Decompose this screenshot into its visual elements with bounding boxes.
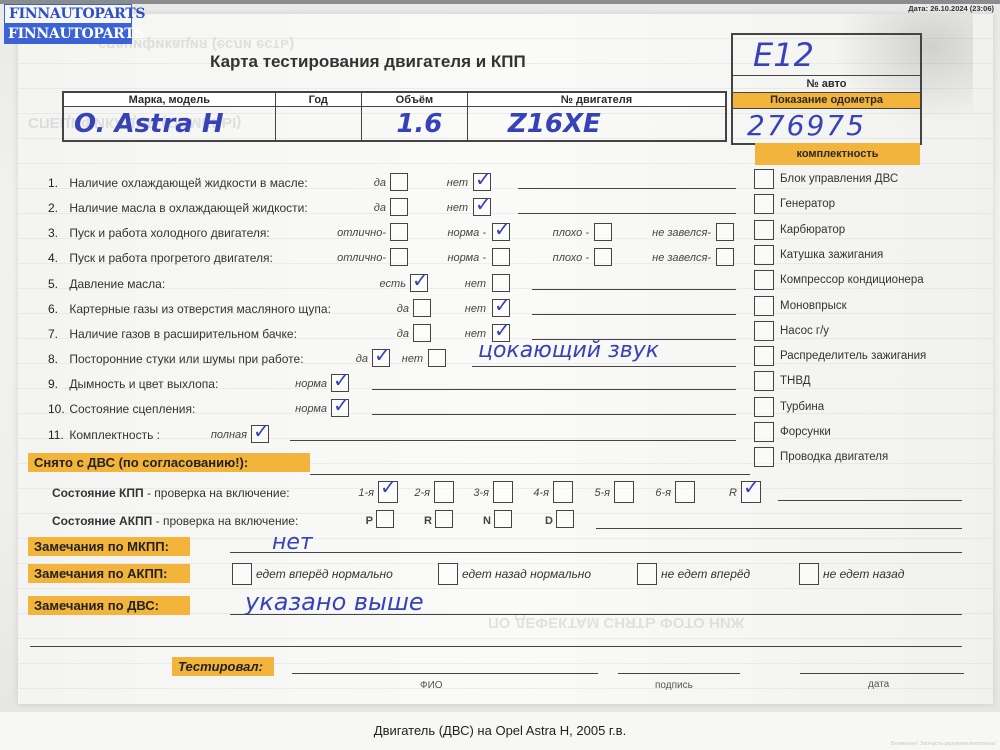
- option-label: нет: [402, 353, 423, 365]
- make-model-value: O. Astra H: [63, 107, 275, 142]
- answer-line: [372, 389, 736, 390]
- answer-line: [532, 289, 736, 290]
- completeness-label: Генератор: [780, 198, 835, 210]
- option-label: не завелся-: [652, 227, 711, 239]
- auto-number-box: E12 № авто Показание одометра 276975: [731, 33, 922, 145]
- question-6: 6. Картерные газы из отверстия масляного…: [48, 302, 331, 316]
- answer-line: [518, 188, 736, 189]
- gear-checkbox-5[interactable]: [614, 481, 634, 503]
- question-7: 7. Наличие газов в расширительном бачке:: [48, 327, 297, 341]
- position-checkbox-R[interactable]: [435, 510, 453, 528]
- checkbox-q9-1[interactable]: ✓: [331, 374, 349, 392]
- question-text: Дымность и цвет выхлопа:: [66, 377, 218, 391]
- gear-checkbox-3[interactable]: [493, 481, 513, 503]
- option-label: полная: [211, 429, 247, 441]
- completeness-item: Генератор: [754, 194, 835, 214]
- signature-line: [618, 673, 740, 674]
- checkbox-q4-4[interactable]: [716, 248, 734, 266]
- remarks-engine-label: Замечания по ДВС:: [28, 596, 190, 615]
- date-stamp: Дата: 26.10.2024 (23:06): [908, 4, 994, 13]
- auto-number-label: № авто: [733, 76, 920, 93]
- fio-caption: ФИО: [420, 680, 443, 691]
- question-1: 1. Наличие охлаждающей жидкости в масле:: [48, 176, 308, 190]
- date-line: [800, 673, 964, 674]
- option-label: нет: [465, 278, 486, 290]
- answer-line: [518, 213, 736, 214]
- option-label: норма -: [447, 252, 486, 264]
- checkbox-q6-2[interactable]: ✓: [492, 299, 510, 317]
- checkbox-q4-1[interactable]: [390, 248, 408, 266]
- question-number: 1.: [48, 176, 66, 190]
- checkbox-q4-3[interactable]: [594, 248, 612, 266]
- completeness-checkbox[interactable]: [754, 220, 774, 240]
- completeness-checkbox[interactable]: [754, 270, 774, 290]
- completeness-label: Распределитель зажигания: [780, 350, 926, 362]
- option-label: плохо -: [553, 252, 589, 264]
- akpp-option-label: не едет назад: [823, 567, 904, 581]
- disassembled-warning: Внимание! Запчасть разукомплектована!: [891, 741, 996, 747]
- gear-checkbox-2[interactable]: [434, 481, 454, 503]
- auto-line: [596, 528, 962, 529]
- completeness-item: Форсунки: [754, 422, 831, 442]
- question-number: 8.: [48, 352, 66, 366]
- completeness-item: Компрессор кондиционера: [754, 270, 924, 290]
- question-text: Наличие охлаждающей жидкости в масле:: [66, 176, 308, 190]
- question-8: 8. Посторонние стуки или шумы при работе…: [48, 352, 304, 366]
- question-2: 2. Наличие масла в охлаждающей жидкости:: [48, 201, 308, 215]
- position-checkbox-P[interactable]: [376, 510, 394, 528]
- form-title: Карта тестирования двигателя и КПП: [210, 52, 526, 72]
- completeness-item: Насос г/у: [754, 321, 829, 341]
- gear-label: 2-я: [414, 487, 430, 499]
- completeness-checkbox[interactable]: [754, 422, 774, 442]
- question-number: 10.: [48, 402, 66, 416]
- gear-checkbox-4[interactable]: [553, 481, 573, 503]
- completeness-header: комплектность: [755, 143, 920, 165]
- question-text: Состояние сцепления:: [66, 402, 195, 416]
- remarks-engine-line: [230, 614, 962, 615]
- option-label: да: [397, 328, 409, 340]
- answer-line: [532, 314, 736, 315]
- question-text: Посторонние стуки или шумы при работе:: [66, 352, 304, 366]
- completeness-checkbox[interactable]: [754, 245, 774, 265]
- auto-gearbox-label: Состояние АКПП - проверка на включение:: [52, 514, 298, 528]
- manual-gearbox-rest: - проверка на включение:: [144, 486, 290, 500]
- check-mark-icon: ✓: [380, 477, 397, 497]
- question-text: Комплектность :: [66, 428, 160, 442]
- position-label: D: [545, 515, 553, 527]
- gear-label: 1-я: [358, 487, 374, 499]
- question-4: 4. Пуск и работа прогретого двигателя:: [48, 251, 273, 265]
- checkbox-q3-1[interactable]: [390, 223, 408, 241]
- option-label: норма: [295, 403, 327, 415]
- checkbox-q5-2[interactable]: [492, 274, 510, 292]
- gear-label: 4-я: [533, 487, 549, 499]
- odometer-label: Показание одометра: [733, 93, 920, 109]
- checkbox-q3-4[interactable]: [716, 223, 734, 241]
- question-number: 6.: [48, 302, 66, 316]
- checkbox-q8-2[interactable]: [428, 349, 446, 367]
- completeness-label: Моновпрыск: [780, 300, 847, 312]
- check-mark-icon: ✓: [333, 395, 350, 415]
- vehicle-header-table: Марка, модель Год Объём № двигателя O. A…: [62, 91, 727, 142]
- checkbox-q2-2[interactable]: ✓: [473, 198, 491, 216]
- position-label: R: [424, 515, 432, 527]
- fio-line: [292, 673, 598, 674]
- gear-label: 6-я: [655, 487, 671, 499]
- position-label: N: [483, 515, 491, 527]
- product-photo: спецификация (если есть) СПЕЦИФИКАЦИЯ (О…: [0, 0, 1000, 712]
- position-label: P: [366, 515, 373, 527]
- option-label: нет: [447, 177, 468, 189]
- product-title: Двигатель (ДВС) на Opel Astra H, 2005 г.…: [0, 723, 1000, 738]
- completeness-item: ТНВД: [754, 371, 811, 391]
- check-mark-icon: ✓: [374, 345, 391, 365]
- gear-label: 3-я: [473, 487, 489, 499]
- gear-checkbox-6[interactable]: [675, 481, 695, 503]
- checkbox-q11-1[interactable]: ✓: [251, 425, 269, 443]
- option-label: не завелся-: [652, 252, 711, 264]
- question-text: Давление масла:: [66, 277, 165, 291]
- auto-gearbox-rest: - проверка на включение:: [152, 514, 298, 528]
- option-label: есть: [380, 278, 406, 290]
- completeness-label: Компрессор кондиционера: [780, 274, 924, 286]
- check-mark-icon: ✓: [743, 477, 760, 497]
- removed-section-header: Снято с ДВС (по согласованию!):: [28, 453, 310, 472]
- akpp-option-label: едет вперёд нормально: [256, 567, 393, 581]
- question-text: Картерные газы из отверстия масляного щу…: [66, 302, 331, 316]
- gear-checkbox-7[interactable]: ✓: [741, 481, 761, 503]
- question-text: Пуск и работа холодного двигателя:: [66, 226, 270, 240]
- completeness-label: Проводка двигателя: [780, 451, 888, 463]
- completeness-label: Насос г/у: [780, 325, 829, 337]
- col-engine-number: № двигателя: [467, 92, 726, 107]
- question-number: 7.: [48, 327, 66, 341]
- completeness-checkbox[interactable]: [754, 321, 774, 341]
- option-label: да: [397, 303, 409, 315]
- option-label: плохо -: [553, 227, 589, 239]
- question-3: 3. Пуск и работа холодного двигателя:: [48, 226, 270, 240]
- extra-line: [30, 646, 962, 647]
- removed-line: [310, 474, 750, 475]
- completeness-checkbox[interactable]: [754, 346, 774, 366]
- completeness-item: Распределитель зажигания: [754, 346, 926, 366]
- completeness-checkbox[interactable]: [754, 371, 774, 391]
- option-label: отлично-: [337, 227, 386, 239]
- checkbox-q8-1[interactable]: ✓: [372, 349, 390, 367]
- check-mark-icon: ✓: [253, 421, 270, 441]
- check-mark-icon: ✓: [494, 219, 511, 239]
- completeness-checkbox[interactable]: [754, 447, 774, 467]
- completeness-item: Проводка двигателя: [754, 447, 888, 467]
- manual-gearbox-bold: Состояние КПП: [52, 486, 144, 500]
- checkbox-q6-1[interactable]: [413, 299, 431, 317]
- col-year: Год: [275, 92, 361, 107]
- odometer-value: 276975: [733, 109, 920, 143]
- check-mark-icon: ✓: [333, 370, 350, 390]
- remarks-manual-label: Замечания по МКПП:: [28, 537, 190, 556]
- akpp-option-checkbox-2[interactable]: [438, 563, 458, 585]
- akpp-option-label: едет назад нормально: [462, 567, 591, 581]
- gear-line: [778, 500, 962, 501]
- option-label: норма -: [447, 227, 486, 239]
- question-number: 5.: [48, 277, 66, 291]
- checkbox-q3-2[interactable]: ✓: [492, 223, 510, 241]
- checkbox-q5-1[interactable]: ✓: [410, 274, 428, 292]
- option-label: норма: [295, 378, 327, 390]
- completeness-label: Форсунки: [780, 426, 831, 438]
- check-mark-icon: ✓: [475, 169, 492, 189]
- answer-line: [372, 414, 736, 415]
- question-text: Наличие масла в охлаждающей жидкости:: [66, 201, 308, 215]
- question-number: 9.: [48, 377, 66, 391]
- question-10: 10. Состояние сцепления:: [48, 402, 195, 416]
- completeness-label: Катушка зажигания: [780, 249, 883, 261]
- option-label: отлично-: [337, 252, 386, 264]
- check-mark-icon: ✓: [412, 270, 429, 290]
- question-number: 2.: [48, 201, 66, 215]
- akpp-option-label: не едет вперёд: [661, 567, 750, 581]
- question-number: 4.: [48, 251, 66, 265]
- engine-number-value: Z16XE: [467, 107, 726, 142]
- year-value: [275, 107, 361, 142]
- gear-label: 5-я: [594, 487, 610, 499]
- remarks-manual-line: [230, 552, 962, 553]
- completeness-item: Моновпрыск: [754, 296, 847, 316]
- completeness-item: Турбина: [754, 397, 824, 417]
- option-label: нет: [465, 303, 486, 315]
- position-checkbox-D[interactable]: [556, 510, 574, 528]
- option-label: да: [356, 353, 368, 365]
- manual-gearbox-label: Состояние КПП - проверка на включение:: [52, 486, 290, 500]
- question-text: Наличие газов в расширительном бачке:: [66, 327, 297, 341]
- completeness-label: ТНВД: [780, 375, 811, 387]
- col-make-model: Марка, модель: [63, 92, 275, 107]
- option-label: нет: [447, 202, 468, 214]
- position-checkbox-N[interactable]: [494, 510, 512, 528]
- volume-value: 1.6: [361, 107, 467, 142]
- akpp-option-checkbox-3[interactable]: [637, 563, 657, 585]
- completeness-label: Турбина: [780, 401, 824, 413]
- question-9: 9. Дымность и цвет выхлопа:: [48, 377, 218, 391]
- answer-line: [290, 440, 736, 441]
- answer-line: [472, 366, 736, 367]
- date-caption: дата: [868, 679, 889, 690]
- bleed-through-text: ПО ДЕФЕКТАМ СНЯТЬ ФОТО НИЖ: [488, 614, 744, 631]
- signature-caption: подпись: [655, 680, 693, 691]
- remarks-engine-value: указано выше: [245, 588, 424, 616]
- gear-label: R: [729, 487, 737, 499]
- auto-number-value: E12: [733, 35, 920, 76]
- option-label: да: [374, 177, 386, 189]
- question-11: 11. Комплектность :: [48, 428, 160, 442]
- completeness-checkbox[interactable]: [754, 296, 774, 316]
- question-note: цокающий звук: [478, 338, 659, 363]
- checkbox-q1-1[interactable]: [390, 173, 408, 191]
- check-mark-icon: ✓: [494, 320, 511, 340]
- question-number: 11.: [48, 428, 66, 442]
- tested-by-label: Тестировал:: [172, 657, 274, 676]
- check-mark-icon: ✓: [494, 295, 511, 315]
- completeness-checkbox[interactable]: [754, 169, 774, 189]
- option-label: да: [374, 202, 386, 214]
- check-mark-icon: ✓: [475, 194, 492, 214]
- remarks-auto-label: Замечания по АКПП:: [28, 564, 190, 583]
- checkbox-q3-3[interactable]: [594, 223, 612, 241]
- checkbox-q2-1[interactable]: [390, 198, 408, 216]
- checkbox-q4-2[interactable]: [492, 248, 510, 266]
- completeness-checkbox[interactable]: [754, 194, 774, 214]
- checkbox-q7-1[interactable]: [413, 324, 431, 342]
- completeness-label: Карбюратор: [780, 224, 845, 236]
- finnautoparts-logo: FINNAUTOPARTS FINNAUTOPARTS: [4, 4, 132, 44]
- completeness-item: Карбюратор: [754, 220, 845, 240]
- question-text: Пуск и работа прогретого двигателя:: [66, 251, 273, 265]
- question-number: 3.: [48, 226, 66, 240]
- akpp-option-checkbox-4[interactable]: [799, 563, 819, 585]
- completeness-item: Катушка зажигания: [754, 245, 883, 265]
- question-5: 5. Давление масла:: [48, 277, 165, 291]
- checkbox-q10-1[interactable]: ✓: [331, 399, 349, 417]
- logo-line-2: FINNAUTOPARTS: [4, 24, 132, 44]
- auto-gearbox-bold: Состояние АКПП: [52, 514, 152, 528]
- akpp-option-checkbox-1[interactable]: [232, 563, 252, 585]
- logo-line-1: FINNAUTOPARTS: [4, 4, 132, 24]
- completeness-checkbox[interactable]: [754, 397, 774, 417]
- completeness-item: Блок управления ДВС: [754, 169, 898, 189]
- gear-checkbox-1[interactable]: ✓: [378, 481, 398, 503]
- col-volume: Объём: [361, 92, 467, 107]
- checkbox-q1-2[interactable]: ✓: [473, 173, 491, 191]
- product-caption: Двигатель (ДВС) на Opel Astra H, 2005 г.…: [0, 712, 1000, 750]
- completeness-label: Блок управления ДВС: [780, 173, 898, 185]
